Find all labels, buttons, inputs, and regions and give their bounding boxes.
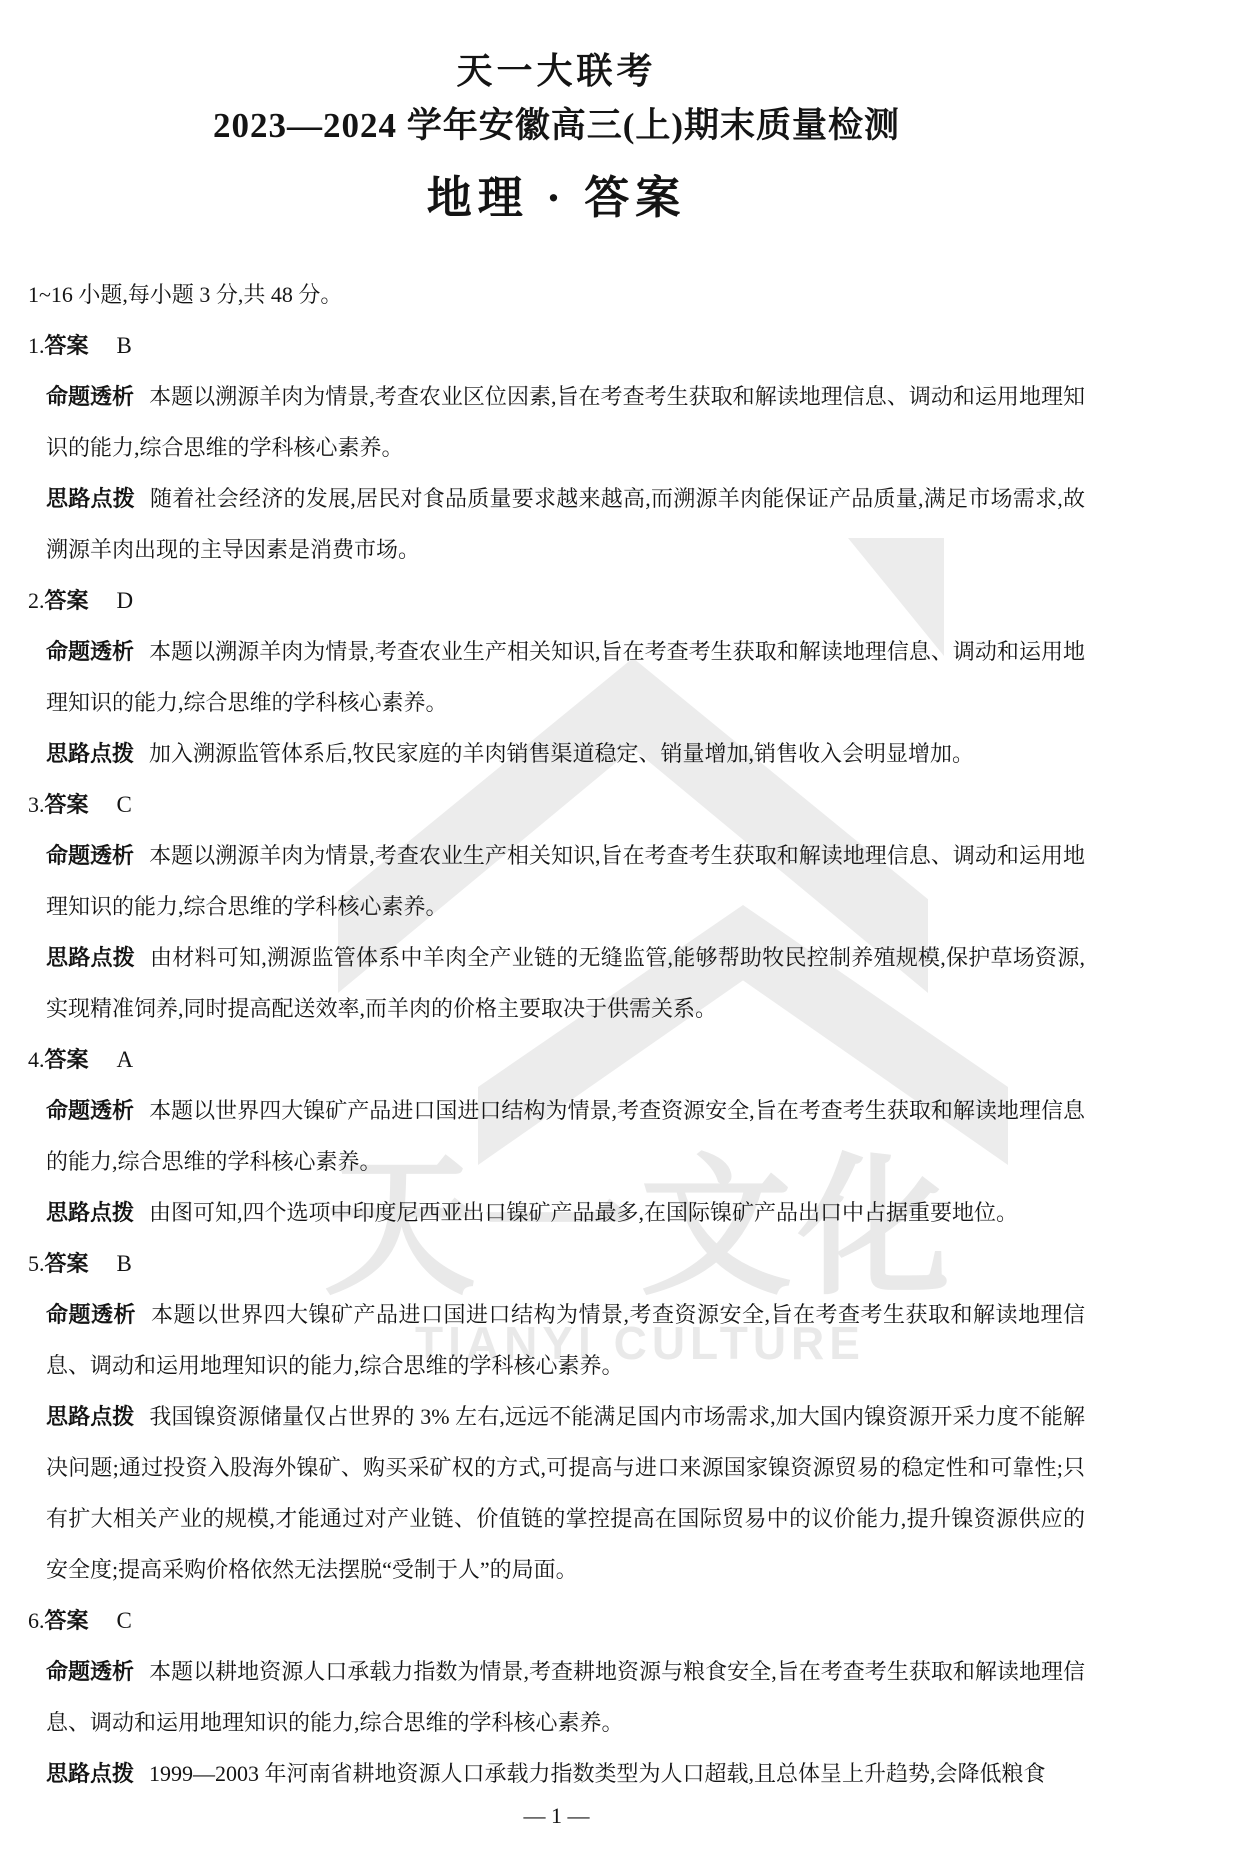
analysis-label: 命题透析	[46, 1659, 134, 1684]
tips-paragraph: 思路点拨随着社会经济的发展,居民对食品质量要求越来越高,而溯源羊肉能保证产品质量…	[46, 473, 1085, 575]
header-exam-title: 2023—2024 学年安徽高三(上)期末质量检测	[28, 105, 1085, 147]
answer-sheet-page: 天一文化 TIANYI CULTURE 天一大联考 2023—2024 学年安徽…	[0, 0, 1259, 1864]
tips-label: 思路点拨	[46, 1200, 134, 1225]
analysis-paragraph: 命题透析本题以溯源羊肉为情景,考查农业区位因素,旨在考查考生获取和解读地理信息、…	[46, 371, 1085, 473]
analysis-text: 本题以溯源羊肉为情景,考查农业区位因素,旨在考查考生获取和解读地理信息、调动和运…	[46, 384, 1085, 460]
tips-label: 思路点拨	[46, 1761, 134, 1786]
tips-paragraph: 思路点拨由材料可知,溯源监管体系中羊肉全产业链的无缝监管,能够帮助牧民控制养殖规…	[46, 932, 1085, 1034]
page-footer: — 1 —	[28, 1796, 1085, 1836]
tips-label: 思路点拨	[46, 741, 134, 766]
tips-paragraph: 思路点拨由图可知,四个选项中印度尼西亚出口镍矿产品最多,在国际镍矿产品出口中占据…	[46, 1187, 1085, 1238]
analysis-paragraph: 命题透析本题以溯源羊肉为情景,考查农业生产相关知识,旨在考查考生获取和解读地理信…	[46, 626, 1085, 728]
analysis-text: 本题以耕地资源人口承载力指数为情景,考查耕地资源与粮食安全,旨在考查考生获取和解…	[46, 1659, 1085, 1735]
scoring-note: 1~16 小题,每小题 3 分,共 48 分。	[28, 269, 1085, 320]
answer-label: 答案	[45, 792, 89, 817]
tips-label: 思路点拨	[46, 486, 135, 511]
tips-text: 由图可知,四个选项中印度尼西亚出口镍矿产品最多,在国际镍矿产品出口中占据重要地位…	[149, 1200, 1018, 1225]
analysis-text: 本题以世界四大镍矿产品进口国进口结构为情景,考查资源安全,旨在考查考生获取和解读…	[46, 1302, 1085, 1378]
question-number: 5.	[28, 1251, 45, 1276]
answer-label: 答案	[45, 333, 89, 358]
analysis-paragraph: 命题透析本题以世界四大镍矿产品进口国进口结构为情景,考查资源安全,旨在考查考生获…	[46, 1289, 1085, 1391]
tips-label: 思路点拨	[46, 1404, 134, 1429]
answer-label: 答案	[45, 1608, 89, 1633]
answer-line: 5.答案B	[28, 1238, 1085, 1289]
tips-label: 思路点拨	[46, 945, 135, 970]
answer-line: 6.答案C	[28, 1595, 1085, 1646]
question-block: 1.答案B 命题透析本题以溯源羊肉为情景,考查农业区位因素,旨在考查考生获取和解…	[28, 320, 1085, 575]
tips-paragraph: 思路点拨1999—2003 年河南省耕地资源人口承载力指数类型为人口超载,且总体…	[46, 1748, 1085, 1799]
analysis-text: 本题以溯源羊肉为情景,考查农业生产相关知识,旨在考查考生获取和解读地理信息、调动…	[46, 843, 1085, 919]
header-subject-title: 地理 · 答案	[28, 171, 1085, 225]
document-content: 天一大联考 2023—2024 学年安徽高三(上)期末质量检测 地理 · 答案 …	[0, 0, 1259, 1799]
question-number: 1.	[28, 333, 45, 358]
answer-value: D	[117, 588, 134, 613]
questions-list: 1.答案B 命题透析本题以溯源羊肉为情景,考查农业区位因素,旨在考查考生获取和解…	[28, 320, 1085, 1799]
tips-paragraph: 思路点拨加入溯源监管体系后,牧民家庭的羊肉销售渠道稳定、销量增加,销售收入会明显…	[46, 728, 1085, 779]
tips-text: 由材料可知,溯源监管体系中羊肉全产业链的无缝监管,能够帮助牧民控制养殖规模,保护…	[46, 945, 1085, 1021]
answer-value: A	[117, 1047, 134, 1072]
answer-value: C	[117, 1608, 132, 1633]
analysis-paragraph: 命题透析本题以溯源羊肉为情景,考查农业生产相关知识,旨在考查考生获取和解读地理信…	[46, 830, 1085, 932]
question-number: 2.	[28, 588, 45, 613]
answer-value: B	[117, 333, 132, 358]
question-number: 6.	[28, 1608, 45, 1633]
answer-line: 3.答案C	[28, 779, 1085, 830]
analysis-text: 本题以世界四大镍矿产品进口国进口结构为情景,考查资源安全,旨在考查考生获取和解读…	[46, 1098, 1085, 1174]
analysis-label: 命题透析	[46, 384, 134, 409]
analysis-text: 本题以溯源羊肉为情景,考查农业生产相关知识,旨在考查考生获取和解读地理信息、调动…	[46, 639, 1085, 715]
question-block: 5.答案B 命题透析本题以世界四大镍矿产品进口国进口结构为情景,考查资源安全,旨…	[28, 1238, 1085, 1595]
tips-text: 随着社会经济的发展,居民对食品质量要求越来越高,而溯源羊肉能保证产品质量,满足市…	[46, 486, 1085, 562]
answer-label: 答案	[45, 1047, 89, 1072]
answer-label: 答案	[45, 1251, 89, 1276]
tips-text: 加入溯源监管体系后,牧民家庭的羊肉销售渠道稳定、销量增加,销售收入会明显增加。	[149, 741, 974, 766]
tips-text: 1999—2003 年河南省耕地资源人口承载力指数类型为人口超载,且总体呈上升趋…	[149, 1761, 1046, 1786]
answer-line: 1.答案B	[28, 320, 1085, 371]
answer-value: B	[117, 1251, 132, 1276]
answer-label: 答案	[45, 588, 89, 613]
analysis-label: 命题透析	[46, 1098, 134, 1123]
answer-line: 4.答案A	[28, 1034, 1085, 1085]
question-number: 3.	[28, 792, 45, 817]
header-organization: 天一大联考	[28, 50, 1085, 93]
analysis-paragraph: 命题透析本题以世界四大镍矿产品进口国进口结构为情景,考查资源安全,旨在考查考生获…	[46, 1085, 1085, 1187]
tips-paragraph: 思路点拨我国镍资源储量仅占世界的 3% 左右,远远不能满足国内市场需求,加大国内…	[46, 1391, 1085, 1595]
analysis-label: 命题透析	[46, 843, 134, 868]
question-block: 4.答案A 命题透析本题以世界四大镍矿产品进口国进口结构为情景,考查资源安全,旨…	[28, 1034, 1085, 1238]
page-number: — 1 —	[524, 1803, 590, 1828]
analysis-label: 命题透析	[46, 639, 134, 664]
question-block: 3.答案C 命题透析本题以溯源羊肉为情景,考查农业生产相关知识,旨在考查考生获取…	[28, 779, 1085, 1034]
analysis-paragraph: 命题透析本题以耕地资源人口承载力指数为情景,考查耕地资源与粮食安全,旨在考查考生…	[46, 1646, 1085, 1748]
question-block: 2.答案D 命题透析本题以溯源羊肉为情景,考查农业生产相关知识,旨在考查考生获取…	[28, 575, 1085, 779]
question-block: 6.答案C 命题透析本题以耕地资源人口承载力指数为情景,考查耕地资源与粮食安全,…	[28, 1595, 1085, 1799]
question-number: 4.	[28, 1047, 45, 1072]
answer-line: 2.答案D	[28, 575, 1085, 626]
tips-text: 我国镍资源储量仅占世界的 3% 左右,远远不能满足国内市场需求,加大国内镍资源开…	[46, 1404, 1085, 1582]
answer-value: C	[117, 792, 132, 817]
analysis-label: 命题透析	[46, 1302, 136, 1327]
